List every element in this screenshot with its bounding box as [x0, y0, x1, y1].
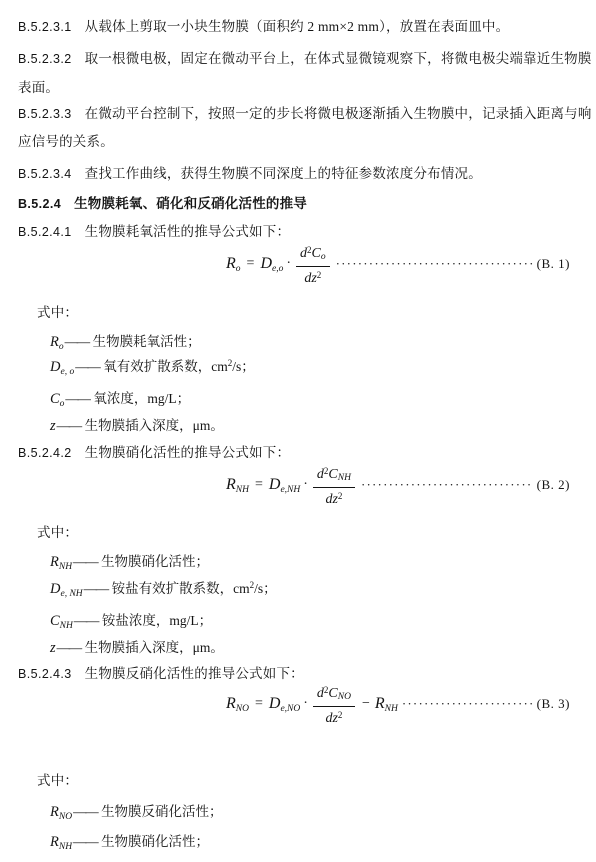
formula-lhs: RNH: [226, 476, 249, 495]
clause-text: 应信号的关系。: [18, 134, 114, 149]
def-dash: ——: [73, 804, 97, 819]
clause-text: 生物膜硝化活性的推导公式如下：: [85, 445, 291, 460]
definition-rnh: RNH——生物膜硝化活性；: [50, 550, 209, 576]
clause-b5-2-3-2-cont: 表面。: [18, 79, 59, 96]
clause-b5-2-4-2: B.5.2.4.2生物膜硝化活性的推导公式如下：: [18, 444, 290, 462]
minus-sign: −: [362, 696, 370, 712]
definition-cnh: CNH——铵盐浓度，mg/L；: [50, 609, 212, 635]
formula-lhs: Ro: [226, 255, 241, 274]
where-label-3: 式中：: [37, 772, 78, 789]
def-text: 氧浓度，mg/L；: [93, 391, 190, 406]
clause-number: B.5.2.3.4: [18, 167, 72, 181]
clause-b5-2-4-1: B.5.2.4.1生物膜耗氧活性的推导公式如下：: [18, 223, 290, 241]
formula-b2: RNH = De,NH · d2CNH dz2 ················…: [226, 461, 570, 509]
def-dash: ——: [84, 581, 108, 596]
dot-leader: ········································…: [361, 477, 533, 493]
def-text: 铵盐浓度，mg/L；: [102, 613, 212, 628]
definition-z1: z——生物膜插入深度，μm。: [50, 414, 224, 440]
clause-number: B.5.2.3.3: [18, 107, 72, 121]
fraction: d2CNO dz2: [313, 683, 355, 726]
fraction-numerator: d2CNO: [313, 683, 355, 707]
formula-lhs: RNO: [226, 695, 249, 714]
definition-denh: De, NH——铵盐有效扩散系数，cm2/s；: [50, 577, 277, 603]
equals-sign: =: [247, 256, 255, 272]
definition-rnh-2: RNH——生物膜硝化活性；: [50, 830, 209, 856]
fraction: d2CNH dz2: [313, 464, 355, 507]
formula-b3: RNO = De,NO · d2CNO dz2 − RNH ··········…: [226, 680, 570, 728]
def-text: 生物膜插入深度，μm。: [85, 418, 224, 433]
clause-number: B.5.2.3.2: [18, 52, 72, 66]
where-label-1: 式中：: [37, 304, 78, 321]
dot-leader: ········································…: [336, 256, 533, 272]
clause-b5-2-3-4: B.5.2.3.4查找工作曲线，获得生物膜不同深度上的特征参数浓度分布情况。: [18, 165, 482, 183]
multiply-dot: ·: [303, 477, 308, 493]
def-dash: ——: [75, 359, 99, 374]
definition-deo: De, o——氧有效扩散系数，cm2/s；: [50, 355, 255, 381]
def-dash: ——: [73, 554, 97, 569]
document-page: B.5.2.3.1从载体上剪取一小块生物膜（面积约 2 mm×2 mm），放置在…: [0, 0, 596, 862]
def-text: 生物膜硝化活性；: [101, 554, 209, 569]
fraction-numerator: d2CNH: [313, 464, 355, 488]
formula-coefficient: De,o: [260, 255, 283, 274]
definition-z2: z——生物膜插入深度，μm。: [50, 636, 224, 662]
equals-sign: =: [255, 696, 263, 712]
def-text: 生物膜耗氧活性；: [93, 334, 201, 349]
def-text: 生物膜反硝化活性；: [101, 804, 223, 819]
clause-b5-2-3-1: B.5.2.3.1从载体上剪取一小块生物膜（面积约 2 mm×2 mm），放置在…: [18, 18, 509, 36]
def-text: 铵盐有效扩散系数，cm: [112, 581, 250, 596]
clause-text: 表面。: [18, 80, 59, 95]
clause-b5-2-3-3: B.5.2.3.3在微动平台控制下，按照一定的步长将微电极逐渐插入生物膜中，记录…: [18, 105, 592, 123]
definition-co: Co——氧浓度，mg/L；: [50, 387, 190, 413]
formula-label: (B. 3): [537, 696, 570, 712]
dot-leader: ········································…: [402, 696, 533, 712]
def-text: 氧有效扩散系数，cm: [103, 359, 228, 374]
def-dash: ——: [65, 391, 89, 406]
equals-sign: =: [255, 477, 263, 493]
def-text: 生物膜插入深度，μm。: [85, 640, 224, 655]
fraction: d2Co dz2: [296, 243, 330, 286]
fraction-denominator: dz2: [325, 488, 342, 507]
clause-text: 生物膜反硝化活性的推导公式如下：: [85, 666, 304, 681]
clause-text: 取一根微电极，固定在微动平台上，在体式显微镜观察下，将微电极尖端靠近生物膜: [85, 51, 592, 66]
clause-text: 在微动平台控制下，按照一定的步长将微电极逐渐插入生物膜中，记录插入距离与响: [85, 106, 592, 121]
clause-text: 从载体上剪取一小块生物膜（面积约 2 mm×2 mm），放置在表面皿中。: [85, 19, 510, 34]
clause-b5-2-3-3-cont: 应信号的关系。: [18, 133, 114, 150]
where-label-2: 式中：: [37, 524, 78, 541]
fraction-denominator: dz2: [325, 707, 342, 726]
def-dash: ——: [57, 418, 81, 433]
multiply-dot: ·: [286, 256, 291, 272]
fraction-denominator: dz2: [304, 267, 321, 286]
formula-coefficient: De,NO: [269, 695, 300, 714]
def-dash: ——: [57, 640, 81, 655]
formula-tail-variable: RNH: [375, 695, 398, 714]
clause-number: B.5.2.3.1: [18, 20, 72, 34]
def-dash: ——: [65, 334, 89, 349]
formula-coefficient: De,NH: [269, 476, 300, 495]
formula-b1: Ro = De,o · d2Co dz2 ···················…: [226, 240, 570, 288]
def-text: 生物膜硝化活性；: [101, 834, 209, 849]
heading-number: B.5.2.4: [18, 197, 61, 211]
heading-b5-2-4: B.5.2.4生物膜耗氧、硝化和反硝化活性的推导: [18, 195, 307, 213]
clause-text: 生物膜耗氧活性的推导公式如下：: [85, 224, 291, 239]
clause-number: B.5.2.4.2: [18, 446, 72, 460]
clause-b5-2-3-2: B.5.2.3.2取一根微电极，固定在微动平台上，在体式显微镜观察下，将微电极尖…: [18, 50, 592, 68]
def-dash: ——: [73, 834, 97, 849]
multiply-dot: ·: [303, 696, 308, 712]
heading-title: 生物膜耗氧、硝化和反硝化活性的推导: [74, 196, 307, 211]
def-dash: ——: [74, 613, 98, 628]
clause-number: B.5.2.4.3: [18, 667, 72, 681]
formula-label: (B. 1): [537, 256, 570, 272]
definition-ro: Ro——生物膜耗氧活性；: [50, 330, 201, 356]
clause-text: 查找工作曲线，获得生物膜不同深度上的特征参数浓度分布情况。: [85, 166, 482, 181]
clause-number: B.5.2.4.1: [18, 225, 72, 239]
fraction-numerator: d2Co: [296, 243, 330, 267]
formula-label: (B. 2): [537, 477, 570, 493]
definition-rno: RNO——生物膜反硝化活性；: [50, 800, 223, 826]
